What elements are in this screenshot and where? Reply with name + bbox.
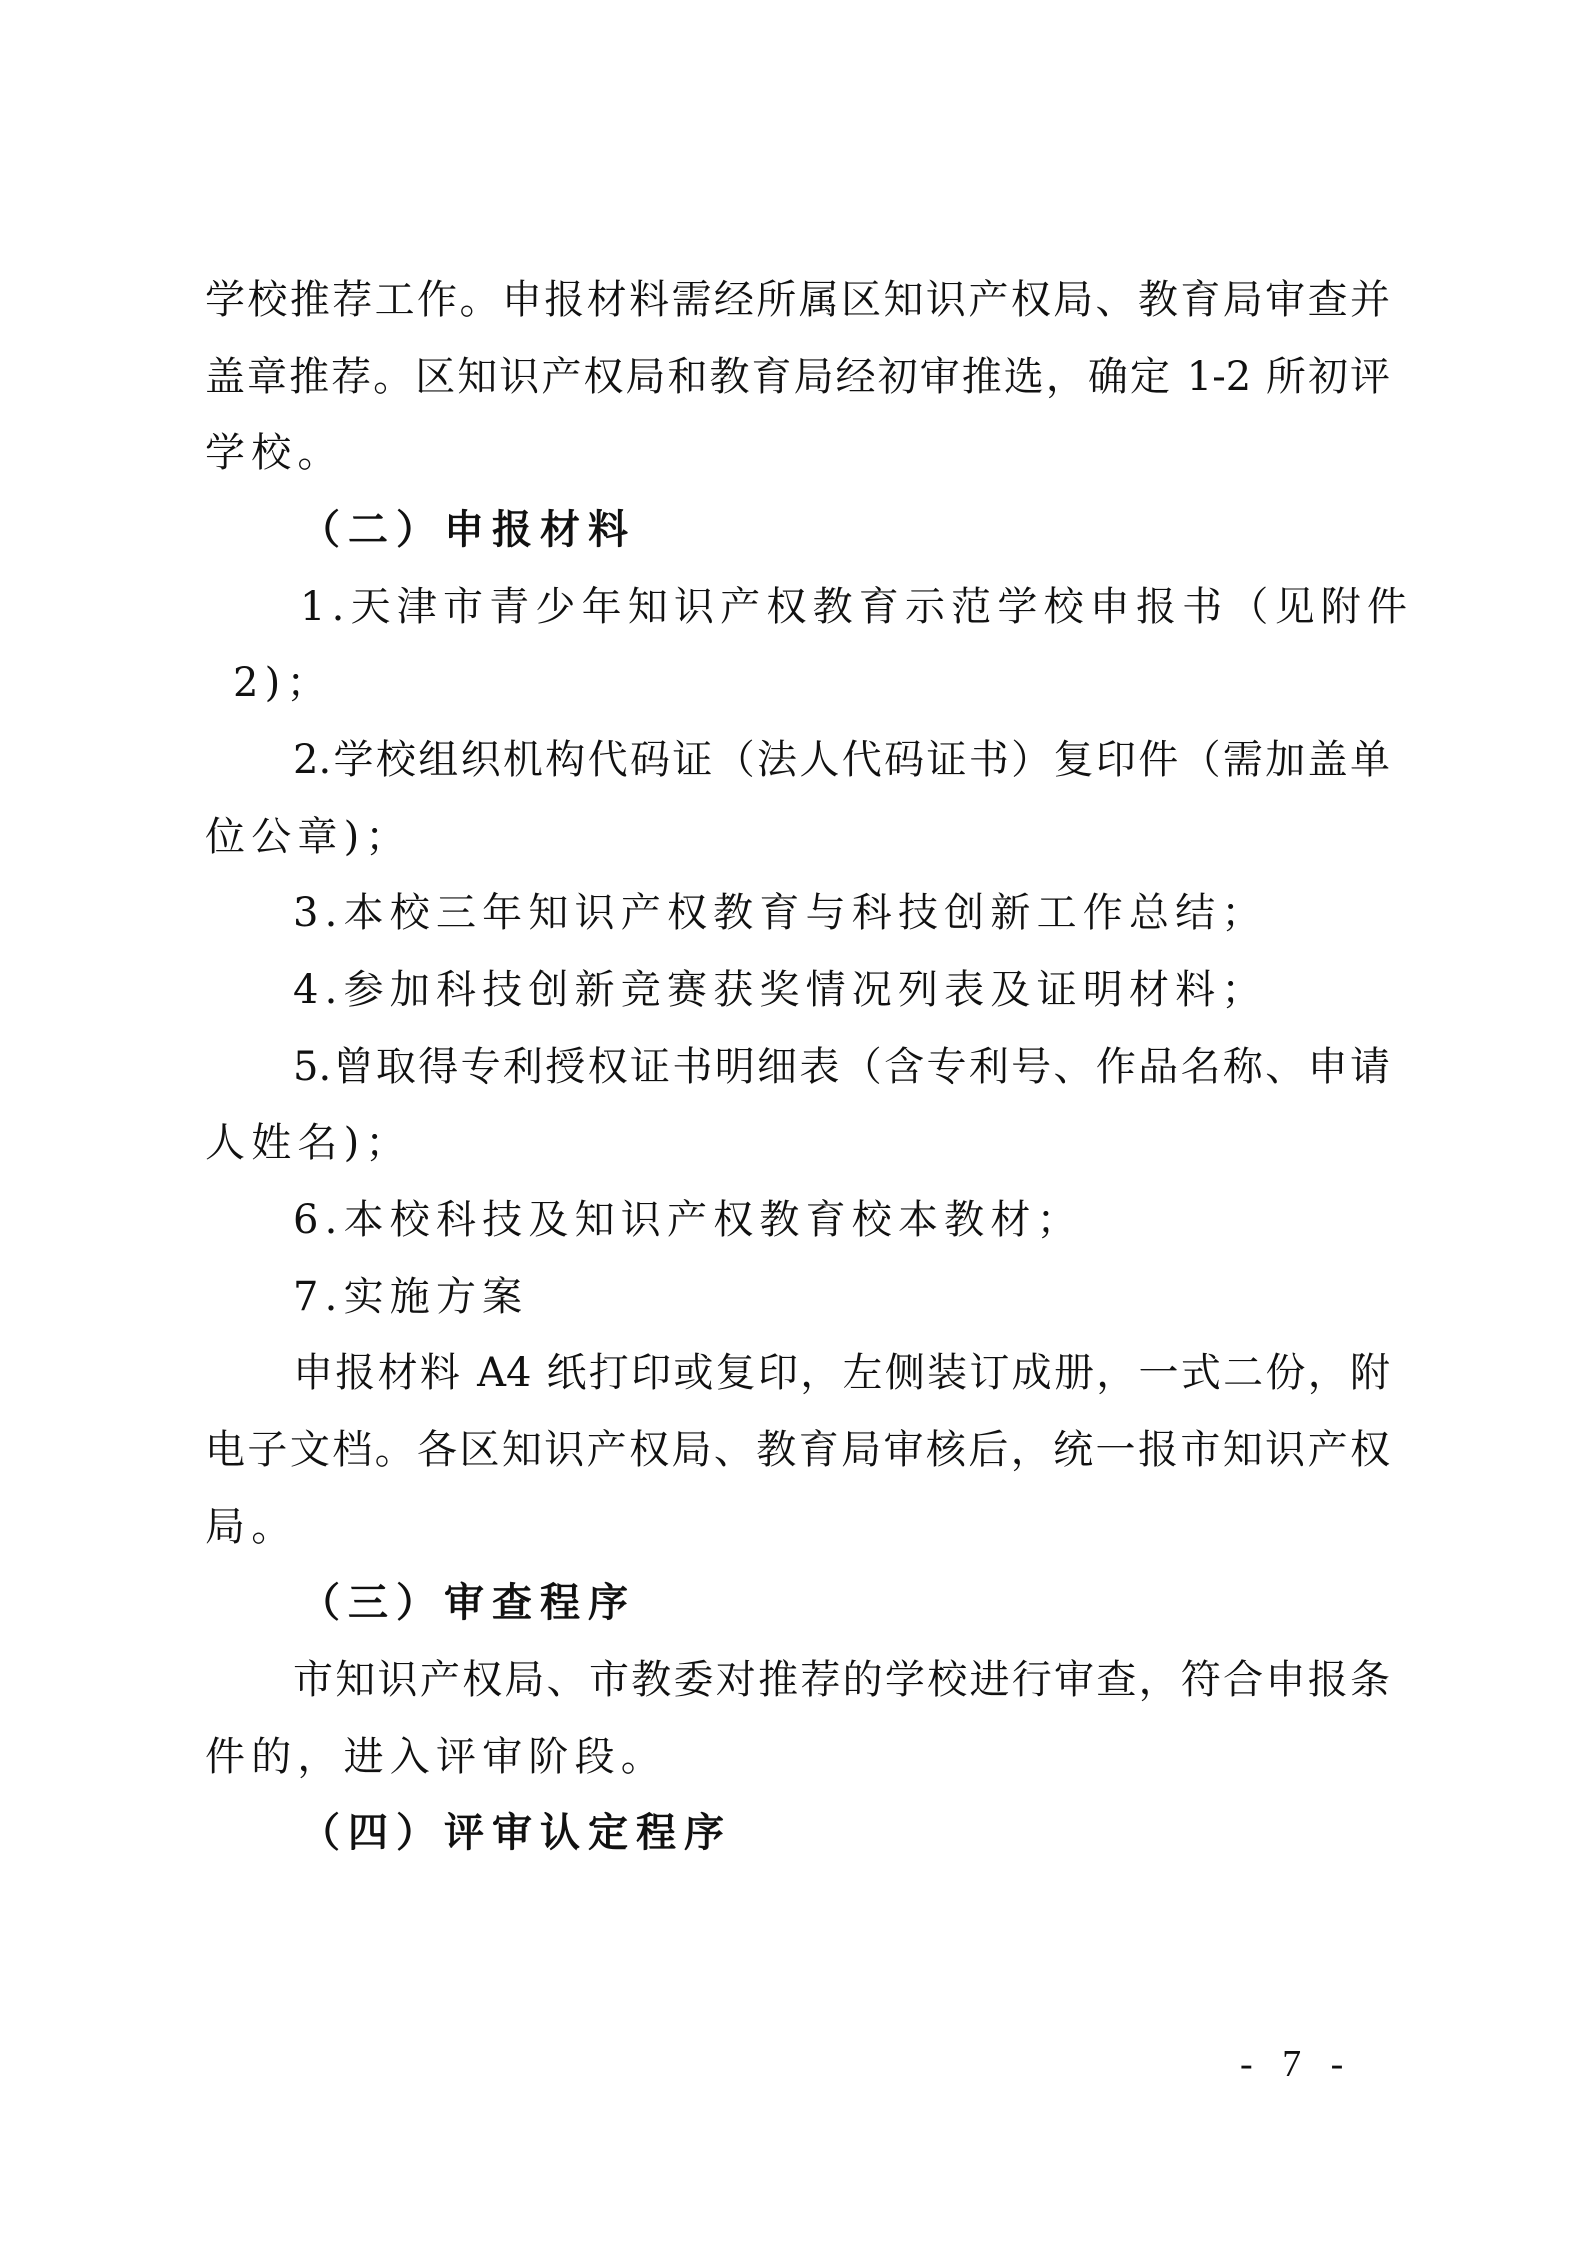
list-item-1: 1.天津市青少年知识产权教育示范学校申报书（见附件 bbox=[300, 577, 1397, 637]
list-item-5: 5.曾取得专利授权证书明细表（含专利号、作品名称、申请 bbox=[293, 1037, 1390, 1097]
list-item-6: 6.本校科技及知识产权教育校本教材； bbox=[293, 1190, 1390, 1250]
list-item-7: 7.实施方案 bbox=[293, 1267, 1390, 1327]
paragraph-line: 学校推荐工作。申报材料需经所属区知识产权局、教育局审查并 bbox=[205, 270, 1390, 330]
list-item-5-cont: 人姓名)； bbox=[205, 1113, 1390, 1173]
paragraph-line: 盖章推荐。区知识产权局和教育局经初审推选，确定 1-2 所初评 bbox=[205, 347, 1390, 407]
submission-paragraph-cont: 电子文档。各区知识产权局、教育局审核后，统一报市知识产权 bbox=[205, 1420, 1390, 1480]
list-item-4: 4.参加科技创新竞赛获奖情况列表及证明材料； bbox=[293, 960, 1390, 1020]
section-heading-evaluation: （四）评审认定程序 bbox=[300, 1803, 1485, 1863]
document-page: 学校推荐工作。申报材料需经所属区知识产权局、教育局审查并 盖章推荐。区知识产权局… bbox=[205, 0, 1390, 2245]
list-item-3: 3.本校三年知识产权教育与科技创新工作总结； bbox=[293, 883, 1390, 943]
review-paragraph-cont: 件的，进入评审阶段。 bbox=[205, 1727, 1390, 1787]
page-number: - 7 - bbox=[1240, 2044, 1353, 2084]
section-heading-review: （三）审查程序 bbox=[300, 1573, 1485, 1633]
paragraph-line: 学校。 bbox=[205, 423, 1390, 483]
list-item-2-cont: 位公章)； bbox=[205, 807, 1390, 867]
review-paragraph: 市知识产权局、市教委对推荐的学校进行审查，符合申报条 bbox=[293, 1650, 1390, 1710]
section-heading-materials: （二）申报材料 bbox=[300, 500, 1485, 560]
list-item-1-cont: 2)； bbox=[233, 653, 1418, 713]
submission-paragraph-end: 局。 bbox=[205, 1497, 1390, 1557]
submission-paragraph: 申报材料 A4 纸打印或复印，左侧装订成册，一式二份，附 bbox=[293, 1343, 1390, 1403]
list-item-2: 2.学校组织机构代码证（法人代码证书）复印件（需加盖单 bbox=[293, 730, 1390, 790]
